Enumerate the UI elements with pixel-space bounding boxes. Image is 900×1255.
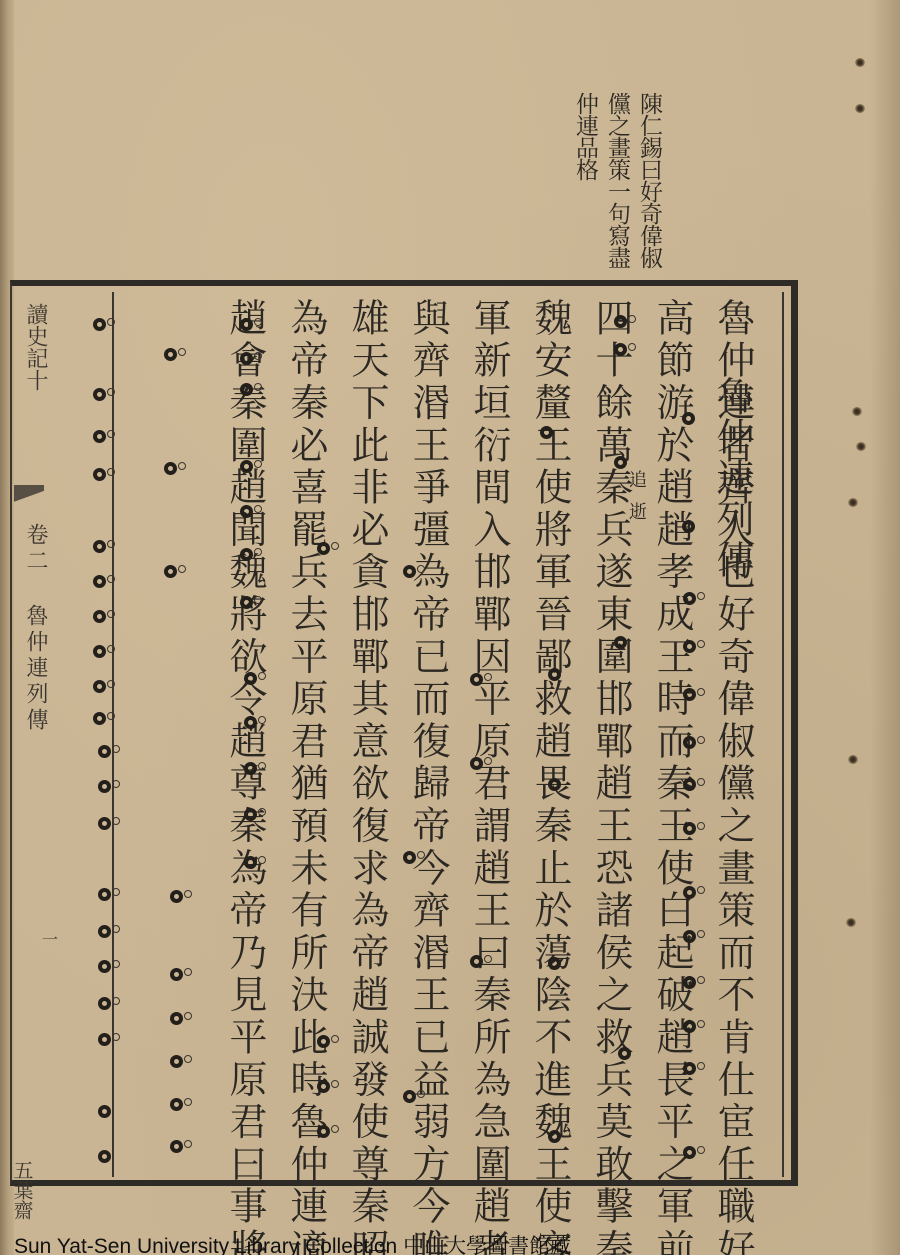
wormhole — [852, 407, 862, 416]
text-column-7: 雄天下此非必貪邯鄲其意欲復求為帝趙誠發使尊秦昭王 — [342, 298, 392, 1178]
page-number: 一 — [42, 927, 58, 950]
banxin-chapter: 卷二 魯仲連列傳 — [20, 523, 51, 734]
text-column-2: 高節游於趙趙孝成王時而秦王使白起破趙長平之軍前後 — [647, 298, 697, 1178]
fishtail-mark — [14, 485, 44, 511]
margin-note-column: 儻之畫策一句寫盡 — [604, 92, 630, 268]
library-watermark: Sun Yat-Sen University Library Collectio… — [14, 1230, 571, 1255]
page-edge-shadow — [870, 0, 900, 1255]
wormhole — [848, 498, 858, 507]
wormhole — [855, 104, 865, 113]
banxin-publisher: 五葉齋 — [8, 1160, 37, 1220]
body-text: 魯仲連者齊人也好奇偉俶儻之畫策而不肯仕宦任職好持 高節游於趙趙孝成王時而秦王使白… — [220, 298, 758, 1178]
banxin-rule — [112, 292, 114, 1177]
text-column-9: 趙會秦圍趙聞魏將欲令趙尊秦為帝乃見平原君曰事將奈 — [220, 298, 270, 1178]
inner-frame-rule — [782, 292, 784, 1177]
block-center-margin: 讀史記十 卷二 魯仲連列傳 一 — [14, 295, 44, 1175]
margin-note-column: 陳仁錫曰好奇偉俶 — [636, 92, 662, 268]
wormhole — [846, 918, 856, 927]
text-column-4: 魏安釐王使將軍晉鄙救趙畏秦止於蕩陰不進魏王使客將 — [525, 298, 575, 1178]
text-column-3: 四十餘萬秦兵遂東圍邯鄲趙王恐諸侯之救兵莫敢擊秦軍 — [586, 298, 636, 1178]
text-column-1: 魯仲連者齊人也好奇偉俶儻之畫策而不肯仕宦任職好持 — [708, 298, 758, 1178]
marginal-commentary: 陳仁錫曰好奇偉俶 儻之畫策一句寫盡 仲連品格 — [130, 92, 662, 268]
banxin-book-title: 讀史記十 — [20, 303, 51, 391]
scanned-page: 陳仁錫曰好奇偉俶 儻之畫策一句寫盡 仲連品格 魯仲連列傳 追逝 魯仲連者齊人也好… — [0, 0, 900, 1255]
text-column-8: 為帝秦必喜罷兵去平原君猶預未有所決此時魯仲連適游 — [281, 298, 331, 1178]
text-column-5: 軍新垣衍間入邯鄲因平原君謂趙王曰秦所為急圍趙者前 — [464, 298, 514, 1178]
wormhole — [856, 442, 866, 451]
wormhole — [848, 755, 858, 764]
margin-note-column: 仲連品格 — [572, 92, 598, 268]
text-column-6: 與齊湣王爭彊為帝已而復歸帝今齊湣王已益弱方今唯秦 — [403, 298, 453, 1178]
wormhole — [855, 58, 865, 67]
